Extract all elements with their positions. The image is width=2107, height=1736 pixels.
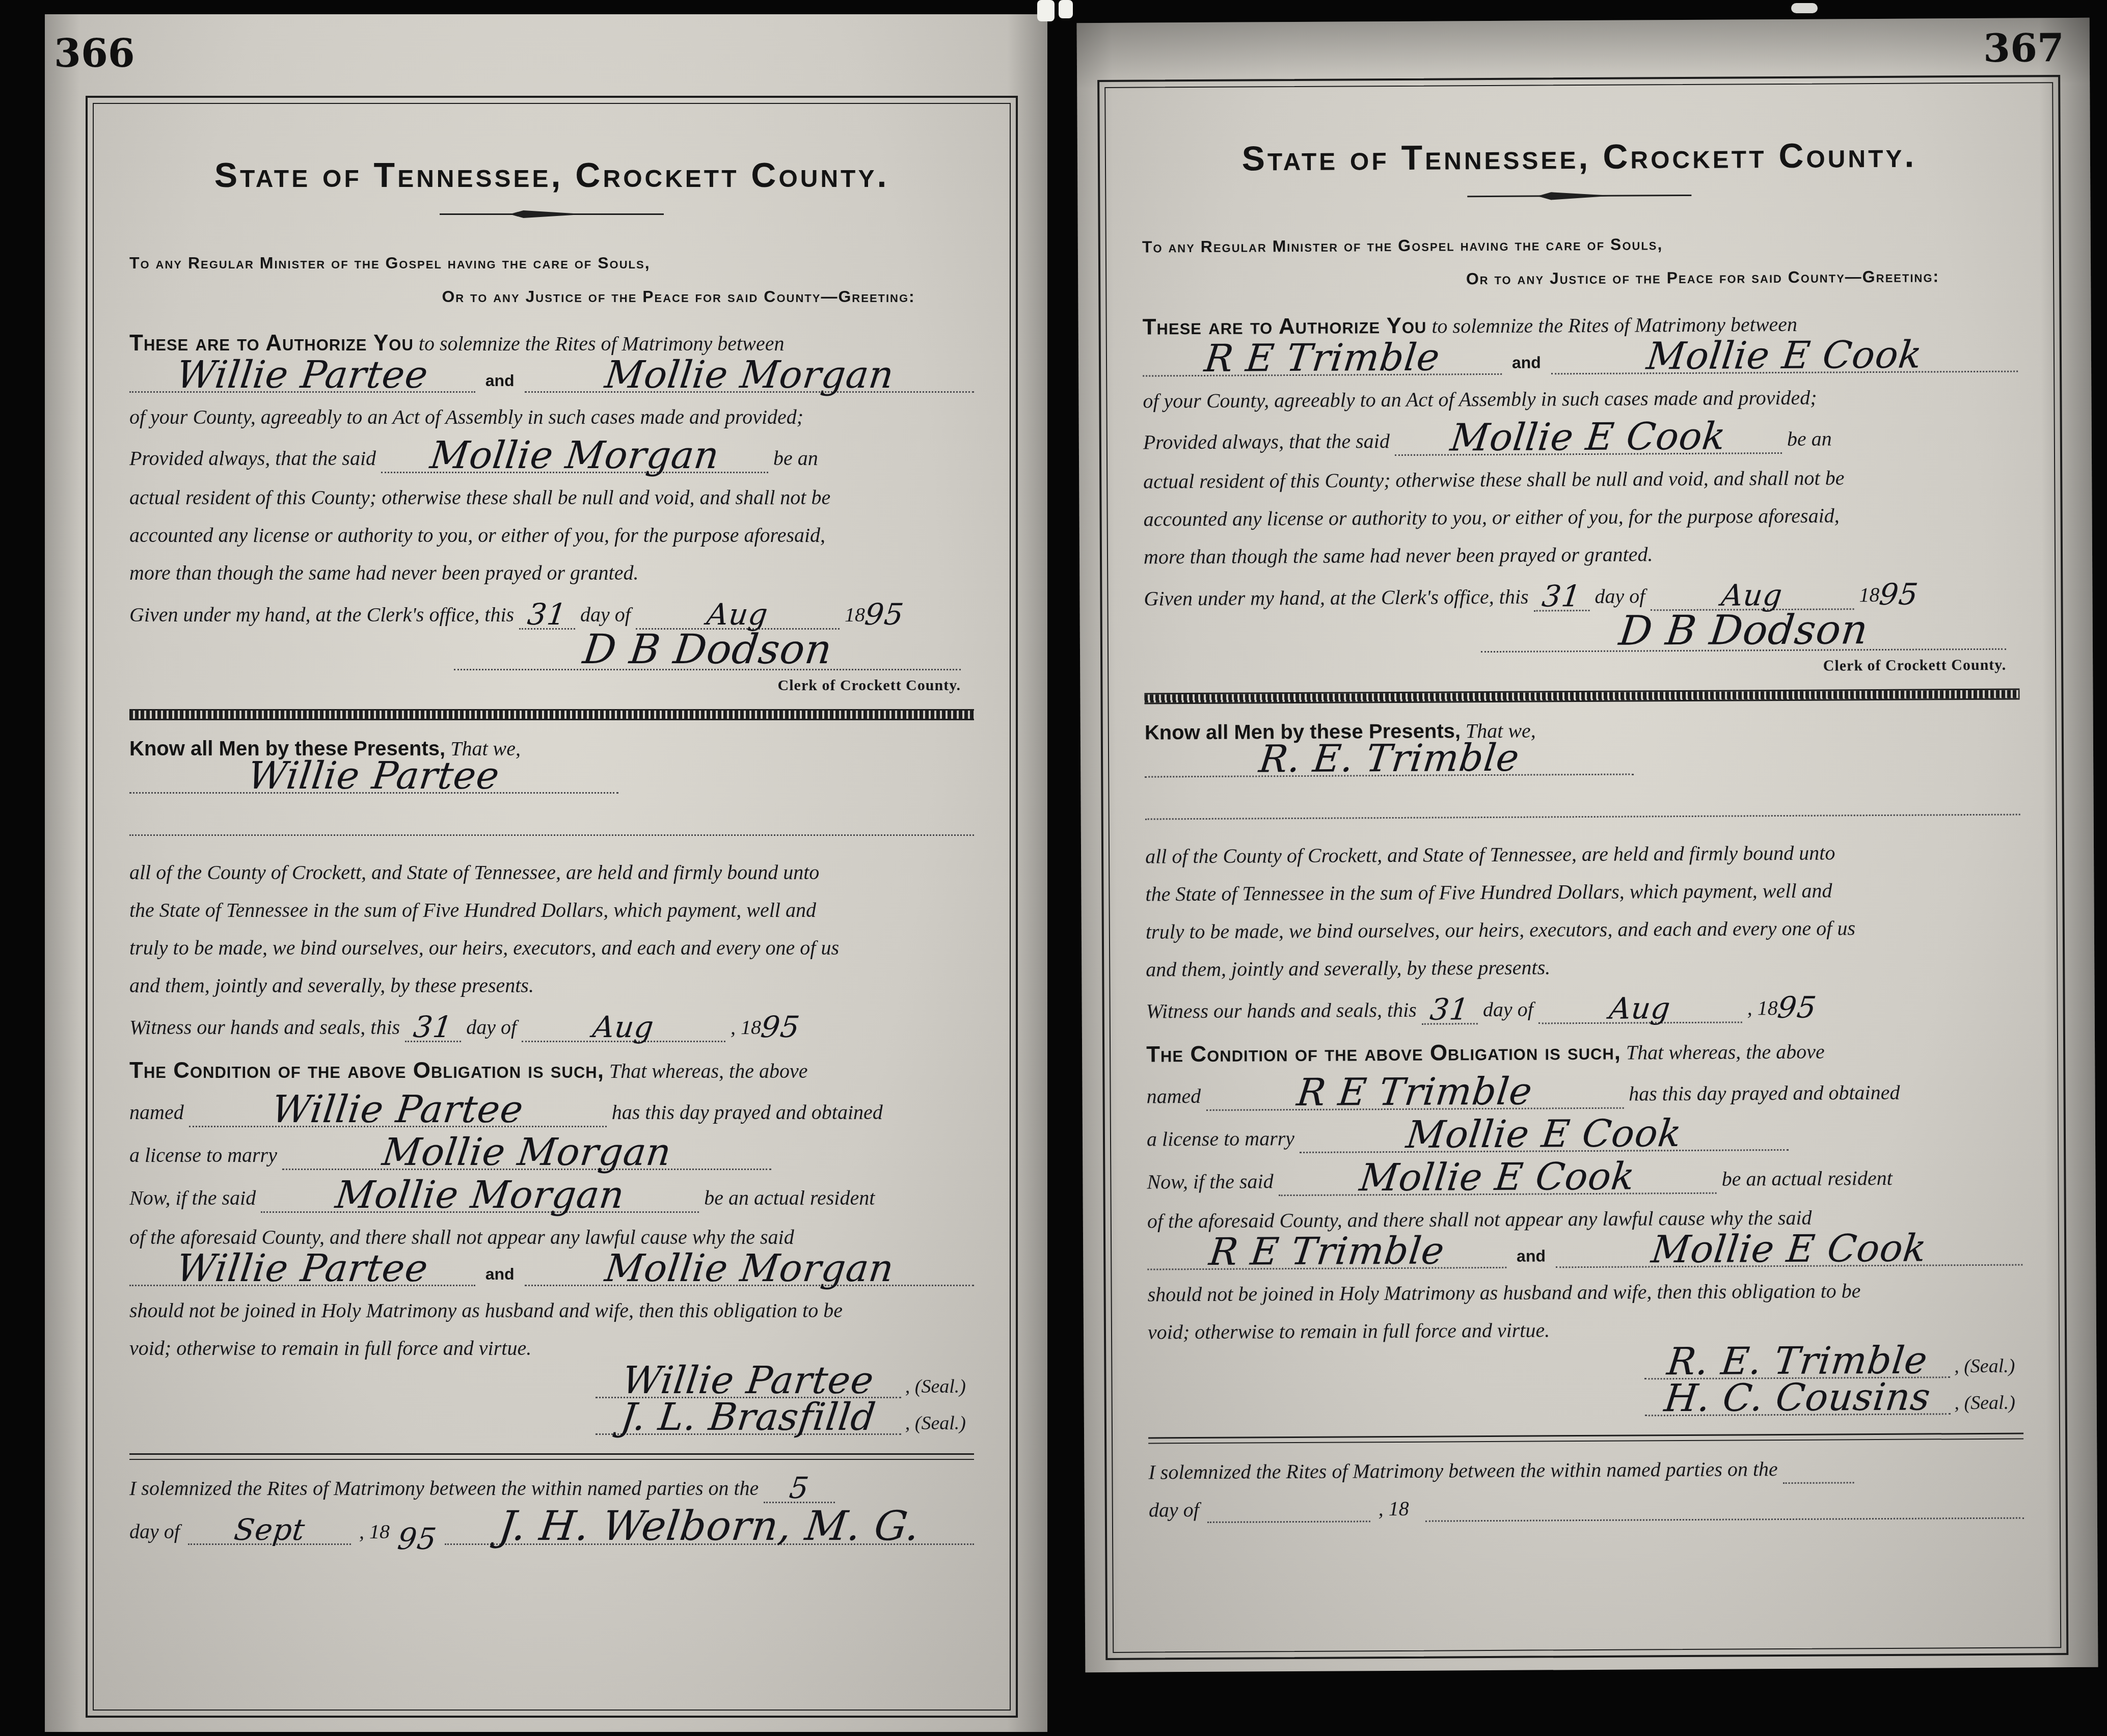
- seal-label: , (Seal.): [905, 1412, 966, 1435]
- license-month: Aug: [1721, 586, 1784, 605]
- seal-label: , (Seal.): [905, 1375, 966, 1398]
- bondsman-seal-field: J. L. Brasfilld: [596, 1403, 901, 1435]
- solemnized-line: I solemnized the Rites of Matrimony betw…: [129, 1475, 974, 1503]
- day-of-label: day of: [466, 1016, 517, 1039]
- couple-repeat-line: R E Trimble and Mollie E Cook: [1147, 1234, 2022, 1270]
- groom-seal-signature: Willie Partee: [622, 1370, 875, 1391]
- witness-line: Witness our hands and seals, this 31 day…: [1146, 994, 2021, 1026]
- given-lead: Given under my hand, at the Clerk's offi…: [129, 603, 514, 626]
- clerk-signature-field: D B Dodson: [1481, 614, 2006, 653]
- day-of-label: day of: [1595, 584, 1645, 608]
- provided-name-field: Mollie Morgan: [381, 442, 768, 473]
- solemnized-line: I solemnized the Rites of Matrimony betw…: [1148, 1455, 2023, 1487]
- license-bride-name: Mollie E Cook: [1406, 1123, 1683, 1146]
- know-line: Know all Men by these Presents, That we,…: [1145, 715, 2020, 778]
- now-line: Now, if the said Mollie E Cook be an act…: [1147, 1161, 2022, 1197]
- double-rule-divider: [1148, 1433, 2023, 1444]
- certificate-title: State of Tennessee, Crockett County.: [1142, 142, 2017, 173]
- and-label: and: [1517, 1245, 1546, 1268]
- and-label: and: [485, 1264, 515, 1286]
- bride-name: Mollie E Cook: [1645, 344, 1923, 367]
- certificate-title: State of Tennessee, Crockett County.: [129, 162, 974, 188]
- scan-page-366: 366 State of Tennessee, Crockett County.…: [45, 14, 1047, 1732]
- bride-name: Mollie Morgan: [604, 364, 895, 386]
- clerk-signature: D B Dodson: [1618, 618, 1869, 643]
- condition-lead: The Condition of the above Obligation is…: [1146, 1040, 1621, 1067]
- groom-name: Willie Partee: [175, 364, 429, 386]
- now-tail: be an actual resident: [1721, 1167, 1892, 1190]
- couple-groom-field: Willie Partee: [129, 1255, 475, 1286]
- bride-name-field: Mollie E Cook: [1551, 341, 2018, 375]
- authorize-lead: These are to Authorize You: [129, 331, 414, 356]
- couple-bride-field: Mollie Morgan: [525, 1255, 974, 1286]
- named-line: named Willie Partee has this day prayed …: [129, 1096, 974, 1127]
- witness-line: Witness our hands and seals, this 31 day…: [129, 1014, 974, 1042]
- day-of-label: day of: [580, 603, 631, 626]
- bride-name-field: Mollie Morgan: [525, 361, 974, 393]
- certificate-border: State of Tennessee, Crockett County. To …: [1097, 75, 2068, 1660]
- more-line: more than though the same had never been…: [129, 560, 974, 586]
- named-name: R E Trimble: [1296, 1081, 1533, 1103]
- principal-name-field: Willie Partee: [129, 762, 618, 794]
- county-line: of your County, agreeably to an Act of A…: [129, 404, 974, 430]
- witness-lead: Witness our hands and seals, this: [1146, 998, 1417, 1023]
- license-day: 31: [1541, 587, 1582, 605]
- groom-name-field: R E Trimble: [1143, 343, 1502, 377]
- hatched-divider: [129, 709, 974, 720]
- binding-hole-icon: [1059, 0, 1073, 18]
- solemnized-tail-line: day of Sept , 1895 J. H. Welborn, M. G.: [129, 1511, 974, 1545]
- provided-name-field: Mollie E Cook: [1395, 422, 1782, 456]
- know-line: Know all Men by these Presents, That we,…: [129, 736, 974, 794]
- now-lead: Now, if the said: [1147, 1170, 1273, 1193]
- clerk-title: Clerk of Crockett County.: [1481, 656, 2006, 677]
- bondsman-seal-field: H. C. Cousins: [1644, 1383, 1950, 1416]
- couple-entry-line: R E Trimble and Mollie E Cook: [1143, 341, 2018, 377]
- clerk-title: Clerk of Crockett County.: [454, 676, 961, 695]
- page-number: 366: [54, 31, 135, 76]
- witness-month-field: Aug: [522, 1014, 725, 1042]
- now-line: Now, if the said Mollie Morgan be an act…: [129, 1181, 974, 1213]
- license-year: 95: [1878, 585, 1919, 604]
- seal-label: , (Seal.): [1954, 1391, 2015, 1415]
- couple-groom-name: Willie Partee: [175, 1258, 429, 1279]
- groom-seal-signature: R. E. Trimble: [1666, 1350, 1928, 1373]
- witness-lead: Witness our hands and seals, this: [129, 1016, 400, 1039]
- seal-line-1: Willie Partee , (Seal.): [129, 1367, 974, 1398]
- condition-line: The Condition of the above Obligation is…: [1146, 1037, 2021, 1069]
- paper-scuff-mark: [1791, 3, 1818, 13]
- license-day-field: 31: [519, 602, 575, 630]
- county-line: of your County, agreeably to an Act of A…: [1143, 384, 2018, 415]
- license-bride-name: Mollie Morgan: [381, 1142, 672, 1163]
- license-bride-field: Mollie Morgan: [282, 1138, 771, 1170]
- provided-lead: Provided always, that the said: [129, 447, 376, 470]
- prayed-tail: has this day prayed and obtained: [612, 1101, 883, 1124]
- double-rule-divider: [129, 1453, 974, 1460]
- named-name: Willie Partee: [271, 1099, 525, 1120]
- arrow-divider-icon: [440, 208, 664, 220]
- solemnized-month-field: [1207, 1494, 1370, 1523]
- solemnized-day-field: 5: [764, 1475, 835, 1503]
- groom-name: R E Trimble: [1203, 346, 1441, 369]
- addressee-line-2: Or to any Justice of the Peace for said …: [129, 286, 974, 307]
- provided-line: Provided always, that the said Mollie Mo…: [129, 442, 974, 473]
- solemnized-lead: I solemnized the Rites of Matrimony betw…: [129, 1477, 759, 1500]
- condition-line: The Condition of the above Obligation is…: [129, 1057, 974, 1084]
- bond-line-2: the State of Tennessee in the sum of Fiv…: [129, 897, 974, 924]
- solemnized-month-field: Sept: [188, 1517, 351, 1545]
- scan-page-367: 367 State of Tennessee, Crockett County.…: [1077, 18, 2098, 1672]
- clerk-signature: D B Dodson: [582, 638, 833, 661]
- addressee-line-1: To any Regular Minister of the Gospel ha…: [129, 253, 974, 273]
- now-bride-name: Mollie E Cook: [1359, 1166, 1636, 1189]
- provided-name: Mollie Morgan: [429, 445, 720, 466]
- witness-month: Aug: [592, 1018, 655, 1036]
- solemnized-month: Sept: [233, 1521, 306, 1539]
- provided-tail: be an: [773, 447, 818, 470]
- day-of-label: day of: [1483, 998, 1533, 1021]
- couple-bride-field: Mollie E Cook: [1556, 1234, 2023, 1268]
- and-label: and: [1512, 352, 1541, 374]
- accounted-line: accounted any license or authority to yo…: [129, 522, 974, 549]
- hatched-divider: [1144, 689, 2019, 704]
- license-to-marry-line: a license to marry Mollie E Cook: [1147, 1118, 2022, 1154]
- and-label: and: [485, 370, 515, 393]
- condition-rest: That whereas, the above: [1626, 1040, 1825, 1064]
- minister-signature-field: J. H. Welborn, M. G.: [445, 1511, 974, 1545]
- solemnized-tail-line: day of , 18: [1149, 1491, 2024, 1524]
- condition-lead: The Condition of the above Obligation is…: [129, 1058, 604, 1083]
- certificate-border: State of Tennessee, Crockett County. To …: [86, 96, 1018, 1718]
- license-bride-field: Mollie E Cook: [1300, 1119, 1789, 1153]
- bond-line-1: all of the County of Crockett, and State…: [1145, 839, 2020, 870]
- provided-line: Provided always, that the said Mollie E …: [1143, 421, 2018, 457]
- void-line: void; otherwise to remain in full force …: [129, 1335, 974, 1362]
- named-field: Willie Partee: [189, 1096, 607, 1127]
- now-bride-field: Mollie E Cook: [1278, 1162, 1716, 1197]
- addressee-line-1: To any Regular Minister of the Gospel ha…: [1142, 232, 2017, 257]
- certificate-body: State of Tennessee, Crockett County. To …: [1104, 82, 2061, 1653]
- solemnized-lead: I solemnized the Rites of Matrimony betw…: [1148, 1457, 1778, 1483]
- witness-day: 31: [413, 1018, 453, 1036]
- page-number: 367: [1983, 25, 2064, 71]
- named-label: named: [129, 1101, 184, 1124]
- blank-cosigner-line: [129, 833, 974, 836]
- provided-lead: Provided always, that the said: [1143, 429, 1390, 454]
- witness-month: Aug: [1609, 999, 1672, 1018]
- bond-line-1: all of the County of Crockett, and State…: [129, 859, 974, 886]
- clerk-signature-block: D B Dodson Clerk of Crockett County.: [454, 635, 961, 695]
- license-day-field: 31: [1533, 583, 1589, 612]
- witness-year: 95: [1777, 998, 1818, 1017]
- license-to-marry-line: a license to marry Mollie Morgan: [129, 1138, 974, 1170]
- groom-seal-field: R. E. Trimble: [1644, 1346, 1950, 1379]
- solemnized-day-field: [1783, 1455, 1854, 1484]
- couple-bride-name: Mollie E Cook: [1651, 1238, 1928, 1261]
- seal-line-2: J. L. Brasfilld , (Seal.): [129, 1403, 974, 1435]
- year-prefix: , 18: [1747, 996, 1778, 1019]
- given-lead: Given under my hand, at the Clerk's offi…: [1144, 585, 1528, 610]
- day-of-label: day of: [1149, 1497, 1199, 1524]
- couple-groom-name: R E Trimble: [1208, 1240, 1446, 1262]
- now-lead: Now, if the said: [129, 1186, 256, 1209]
- witness-day-field: 31: [1422, 996, 1478, 1025]
- bond-line-3: truly to be made, we bind ourselves, our…: [129, 935, 974, 961]
- addressee-line-2: Or to any Justice of the Peace for said …: [1142, 266, 2017, 291]
- joined-line: should not be joined in Holy Matrimony a…: [1147, 1277, 2022, 1308]
- bond-line-3: truly to be made, we bind ourselves, our…: [1146, 914, 2021, 945]
- groom-seal-field: Willie Partee: [596, 1367, 901, 1398]
- minister-signature: J. H. Welborn, M. G.: [498, 1514, 921, 1538]
- license-month: Aug: [706, 605, 769, 623]
- now-bride-name: Mollie Morgan: [334, 1184, 626, 1206]
- condition-rest: That whereas, the above: [609, 1060, 808, 1082]
- solemnized-year: 95: [397, 1530, 438, 1548]
- arrow-head: [510, 209, 586, 219]
- bond-line-4: and them, jointly and severally, by thes…: [1146, 952, 2021, 983]
- couple-repeat-line: Willie Partee and Mollie Morgan: [129, 1255, 974, 1286]
- year-prefix: , 18: [731, 1016, 761, 1039]
- resident-line: actual resident of this County; otherwis…: [1143, 464, 2018, 495]
- couple-groom-field: R E Trimble: [1147, 1237, 1506, 1270]
- named-label: named: [1146, 1084, 1201, 1108]
- certificate-body: State of Tennessee, Crockett County. To …: [93, 103, 1011, 1711]
- couple-entry-line: Willie Partee and Mollie Morgan: [129, 361, 974, 393]
- prayed-tail: has this day prayed and obtained: [1629, 1081, 1900, 1105]
- bond-line-2: the State of Tennessee in the sum of Fiv…: [1145, 877, 2020, 908]
- binding-hole-icon: [1037, 0, 1055, 21]
- solemnized-day: 5: [789, 1479, 810, 1497]
- accounted-line: accounted any license or authority to yo…: [1144, 502, 2019, 533]
- principal-name-field: R. E. Trimble: [1145, 744, 1634, 778]
- year-prefix: 18: [1859, 583, 1879, 606]
- day-of-label: day of: [129, 1518, 180, 1545]
- minister-signature-field: [1425, 1491, 2024, 1522]
- license-day: 31: [527, 605, 568, 623]
- bond-line-4: and them, jointly and severally, by thes…: [129, 972, 974, 999]
- named-field: R E Trimble: [1206, 1077, 1624, 1111]
- couple-bride-name: Mollie Morgan: [604, 1258, 895, 1279]
- seal-line-2: H. C. Cousins , (Seal.): [1148, 1383, 2023, 1419]
- witness-day-field: 31: [405, 1014, 461, 1042]
- principal-name: R. E. Trimble: [1258, 747, 1521, 770]
- provided-name: Mollie E Cook: [1449, 426, 1727, 449]
- witness-day: 31: [1429, 1000, 1470, 1018]
- authorize-rest: to solemnize the Rites of Matrimony betw…: [419, 332, 785, 355]
- joined-line: should not be joined in Holy Matrimony a…: [129, 1297, 974, 1324]
- blank-cosigner-line: [1145, 813, 2020, 820]
- now-bride-field: Mollie Morgan: [261, 1181, 699, 1213]
- year-prefix: , 18: [359, 1518, 390, 1545]
- clerk-signature-field: D B Dodson: [454, 635, 961, 670]
- witness-month-field: Aug: [1538, 995, 1742, 1024]
- license-label: a license to marry: [1147, 1127, 1294, 1151]
- named-line: named R E Trimble has this day prayed an…: [1146, 1075, 2021, 1111]
- principal-name: Willie Partee: [247, 765, 501, 786]
- clerk-signature-block: D B Dodson Clerk of Crockett County.: [1481, 614, 2006, 677]
- more-line: more than though the same had never been…: [1144, 539, 2019, 571]
- arrow-divider-icon: [1467, 189, 1691, 202]
- bondsman-seal-signature: J. L. Brasfilld: [619, 1406, 877, 1428]
- year-prefix: 18: [845, 603, 865, 626]
- provided-tail: be an: [1787, 427, 1832, 450]
- now-tail: be an actual resident: [704, 1186, 875, 1209]
- resident-line: actual resident of this County; otherwis…: [129, 484, 974, 511]
- seal-label: , (Seal.): [1954, 1354, 2015, 1378]
- given-line: Given under my hand, at the Clerk's offi…: [129, 602, 974, 630]
- license-label: a license to marry: [129, 1144, 277, 1167]
- bondsman-seal-signature: H. C. Cousins: [1663, 1386, 1932, 1409]
- given-line: Given under my hand, at the Clerk's offi…: [1144, 581, 2019, 614]
- witness-year: 95: [760, 1018, 801, 1036]
- groom-name-field: Willie Partee: [129, 361, 475, 393]
- license-year: 95: [864, 605, 905, 623]
- arrow-head: [1537, 191, 1614, 201]
- year-prefix: , 18: [1379, 1496, 1409, 1522]
